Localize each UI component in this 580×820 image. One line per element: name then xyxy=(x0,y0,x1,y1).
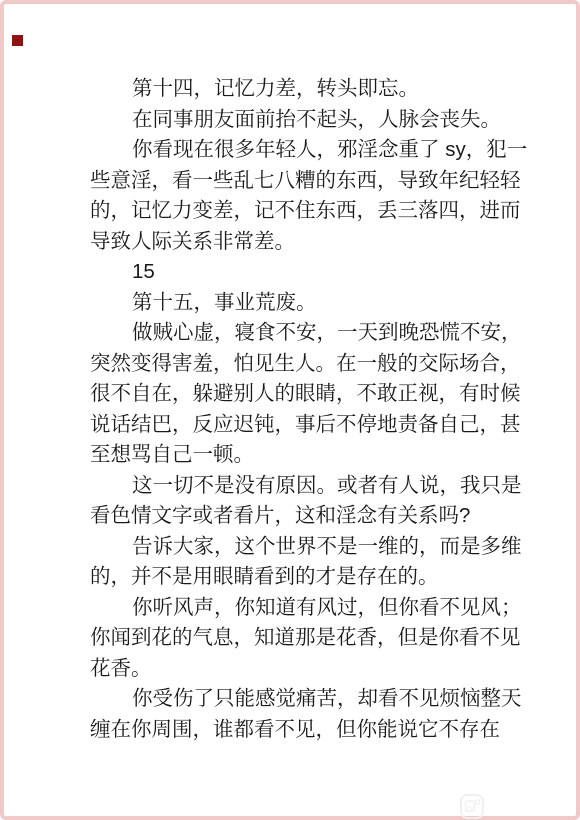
text-line: 至想骂自己一顿。 xyxy=(90,440,530,471)
text-line: 做贼心虚，寝食不安，一天到晚恐慌不安， xyxy=(90,318,530,349)
text-line: 15 xyxy=(90,257,530,288)
text-line: 告诉大家，这个世界不是一维的，而是多维 xyxy=(90,532,530,563)
text-line: 说话结巴，反应迟钝，事后不停地责备自己，甚 xyxy=(90,410,530,441)
text-line: 缠在你周围，谁都看不见，但你能说它不存在 xyxy=(90,715,530,746)
text-line: 些意淫，看一些乱七八糟的东西，导致年纪轻轻 xyxy=(90,166,530,197)
text-line: 在同事朋友面前抬不起头，人脉会丧失。 xyxy=(90,105,530,136)
text-line: 你闻到花的气息，知道那是花香，但是你看不见 xyxy=(90,623,530,654)
text-line: 看色情文字或者看片，这和淫念有关系吗? xyxy=(90,501,530,532)
text-body: 第十四，记忆力差，转头即忘。在同事朋友面前抬不起头，人脉会丧失。你看现在很多年轻… xyxy=(90,74,530,745)
text-line: 第十五，事业荒废。 xyxy=(90,288,530,319)
text-line: 很不自在，躲避别人的眼睛，不敢正视，有时候 xyxy=(90,379,530,410)
text-line: 你听风声，你知道有风过，但你看不见风； xyxy=(90,593,530,624)
text-line: 突然变得害羞，怕见生人。在一般的交际场合， xyxy=(90,349,530,380)
text-line: 你受伤了只能感觉痛苦，却看不见烦恼整天 xyxy=(90,684,530,715)
text-line: 这一切不是没有原因。或者有人说，我只是 xyxy=(90,471,530,502)
text-line: 第十四，记忆力差，转头即忘。 xyxy=(90,74,530,105)
text-line: 你看现在很多年轻人，邪淫念重了 sy，犯一 xyxy=(90,135,530,166)
text-line: 花香。 xyxy=(90,654,530,685)
text-line: 导致人际关系非常差。 xyxy=(90,227,530,258)
text-line: 的，记忆力变差，记不住东西，丢三落四，进而 xyxy=(90,196,530,227)
text-line: 的，并不是用眼睛看到的才是存在的。 xyxy=(90,562,530,593)
photo-app-watermark-icon xyxy=(459,793,485,820)
recording-indicator-dot xyxy=(12,35,23,46)
document-page: 第十四，记忆力差，转头即忘。在同事朋友面前抬不起头，人脉会丧失。你看现在很多年轻… xyxy=(0,0,580,820)
